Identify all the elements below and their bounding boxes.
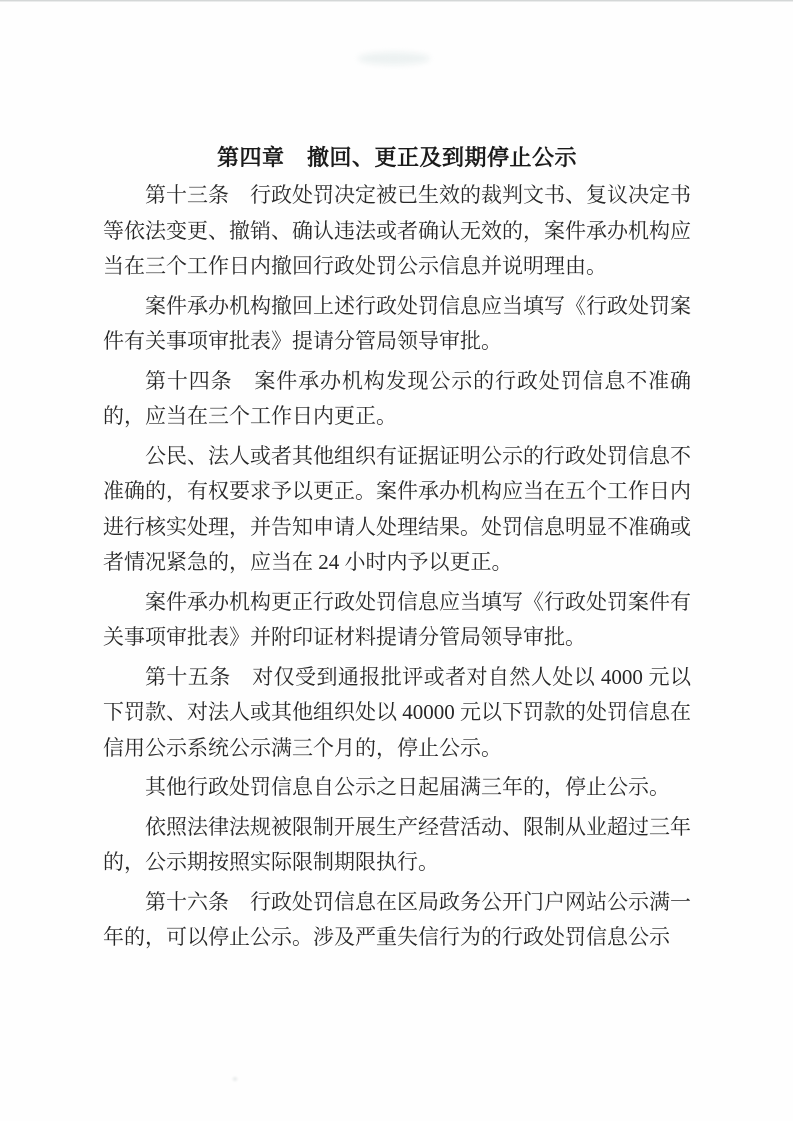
article-number: 第十三条 (145, 183, 250, 207)
article-number: 第十五条 (145, 665, 252, 689)
paragraph-text: 依照法律法规被限制开展生产经营活动、限制从业超过三年的，公示期按照实际限制期限执… (103, 815, 691, 875)
scan-artifact-top-edge (0, 0, 793, 2)
scan-artifact-smudge (358, 52, 430, 65)
article-number: 第十六条 (145, 890, 250, 914)
scanned-document-page: 第四章 撤回、更正及到期停止公示 第十三条 行政处罚决定被已生效的裁判文书、复议… (0, 0, 793, 1121)
paragraph: 依照法律法规被限制开展生产经营活动、限制从业超过三年的，公示期按照实际限制期限执… (103, 810, 691, 881)
paragraph: 其他行政处罚信息自公示之日起届满三年的，停止公示。 (103, 770, 691, 806)
paragraph-text: 案件承办机构更正行政处罚信息应当填写《行政处罚案件有关事项审批表》并附印证材料提… (103, 590, 691, 650)
document-body: 第四章 撤回、更正及到期停止公示 第十三条 行政处罚决定被已生效的裁判文书、复议… (103, 144, 691, 956)
scan-artifact-dot (233, 1077, 237, 1081)
paragraph-text: 公民、法人或者其他组织有证据证明公示的行政处罚信息不准确的，有权要求予以更正。案… (103, 444, 691, 575)
paragraph: 第十三条 行政处罚决定被已生效的裁判文书、复议决定书等依法变更、撤销、确认违法或… (103, 178, 691, 285)
paragraph-text: 案件承办机构撤回上述行政处罚信息应当填写《行政处罚案件有关事项审批表》提请分管局… (103, 294, 691, 354)
paragraph: 第十四条 案件承办机构发现公示的行政处罚信息不准确的，应当在三个工作日内更正。 (103, 364, 691, 435)
chapter-title: 第四章 撤回、更正及到期停止公示 (103, 144, 691, 172)
paragraph-text: 其他行政处罚信息自公示之日起届满三年的，停止公示。 (145, 775, 670, 799)
paragraph: 第十五条 对仅受到通报批评或者对自然人处以 4000 元以下罚款、对法人或其他组… (103, 660, 691, 767)
paragraph: 案件承办机构更正行政处罚信息应当填写《行政处罚案件有关事项审批表》并附印证材料提… (103, 585, 691, 656)
article-number: 第十四条 (145, 369, 254, 393)
paragraph: 第十六条 行政处罚信息在区局政务公开门户网站公示满一年的，可以停止公示。涉及严重… (103, 885, 691, 956)
paragraph: 公民、法人或者其他组织有证据证明公示的行政处罚信息不准确的，有权要求予以更正。案… (103, 439, 691, 581)
paragraph: 案件承办机构撤回上述行政处罚信息应当填写《行政处罚案件有关事项审批表》提请分管局… (103, 289, 691, 360)
